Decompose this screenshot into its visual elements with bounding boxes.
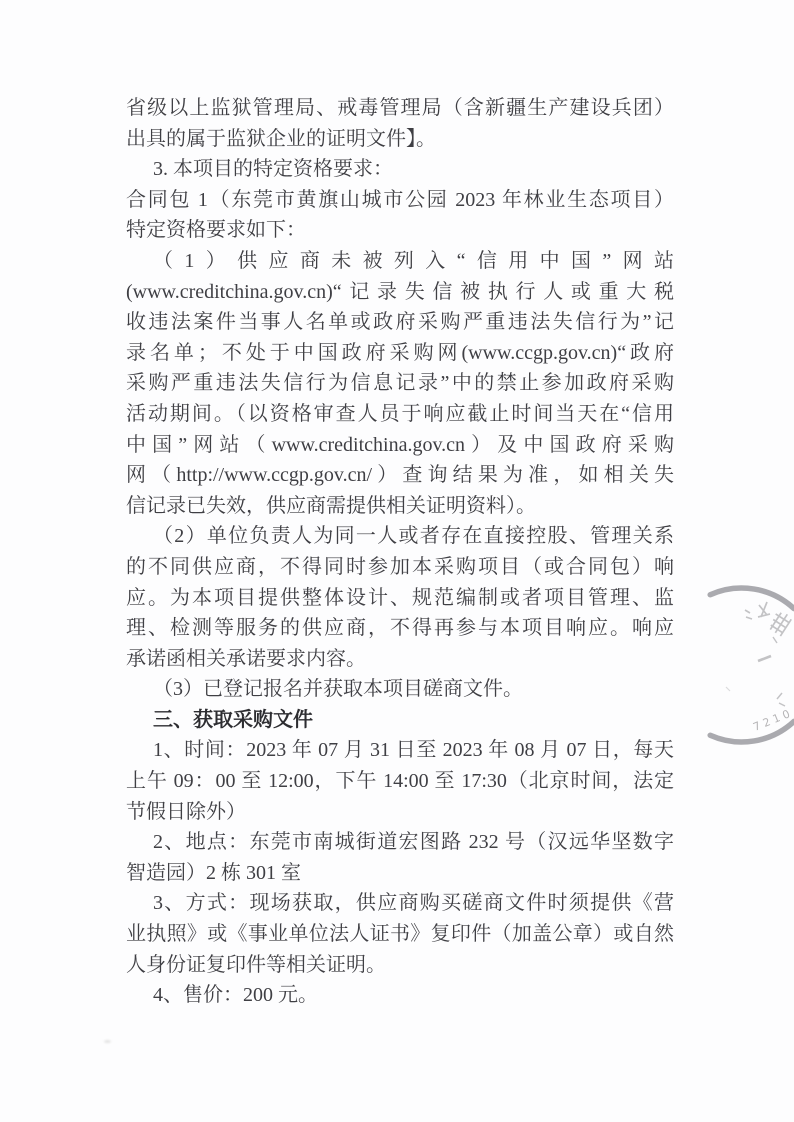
text-line: （2）单位负责人为同一人或者存在直接控股、管理关系 — [126, 521, 674, 552]
text-line: 4、售价：200 元。 — [126, 980, 674, 1011]
scan-speck — [104, 1040, 111, 1043]
official-seal-stamp: 7210 — [655, 575, 794, 761]
text-line: 出具的属于监狱企业的证明文件】。 — [126, 124, 674, 155]
text-line: 中国”网站（www.creditchina.gov.cn）及中国政府采购 — [126, 430, 674, 461]
text-line: 理、检测等服务的供应商，不得再参与本项目响应。响应 — [126, 613, 674, 644]
text-line: 智造园）2 栋 301 室 — [126, 858, 674, 889]
text-line: 采购严重违法失信行为信息记录”中的禁止参加政府采购 — [126, 368, 674, 399]
text-line: 业执照》或《事业单位法人证书》复印件（加盖公章）或自然 — [126, 919, 674, 950]
text-line: 省级以上监狱管理局、戒毒管理局（含新疆生产建设兵团） — [126, 93, 674, 124]
seal-digits: 7210 — [751, 706, 794, 734]
text-line: 信记录已失效，供应商需提供相关证明资料）。 — [126, 491, 674, 522]
text-line: 节假日除外） — [126, 797, 674, 828]
text-line: 2、地点：东莞市南城街道宏图路 232 号（汉远华坚数字 — [126, 827, 674, 858]
seal-glyph-fragments — [726, 602, 792, 706]
section-heading: 三、获取采购文件 — [126, 705, 674, 736]
text-line: 网（http://www.ccgp.gov.cn/）查询结果为准，如相关失 — [126, 460, 674, 491]
text-line: 合同包 1（东莞市黄旗山城市公园 2023 年林业生态项目） — [126, 185, 674, 216]
text-line: 应。为本项目提供整体设计、规范编制或者项目管理、监 — [126, 583, 674, 614]
text-line: 人身份证复印件等相关证明。 — [126, 950, 674, 981]
text-line: （1）供应商未被列入“信用中国”网站 — [126, 246, 674, 277]
seal-top-arc — [710, 588, 794, 609]
text-line: 特定资格要求如下： — [126, 215, 674, 246]
text-line: 录名单；不处于中国政府采购网(www.ccgp.gov.cn)“政府 — [126, 338, 674, 369]
text-line: 承诺函相关承诺要求内容。 — [126, 644, 674, 675]
text-line: （3）已登记报名并获取本项目磋商文件。 — [126, 674, 674, 705]
text-line: 3. 本项目的特定资格要求： — [126, 154, 674, 185]
text-line: 活动期间。（以资格审查人员于响应截止时间当天在“信用 — [126, 399, 674, 430]
document-page: 省级以上监狱管理局、戒毒管理局（含新疆生产建设兵团）出具的属于监狱企业的证明文件… — [0, 0, 794, 1122]
seal-bottom-arc — [710, 721, 794, 742]
text-line: 的不同供应商，不得同时参加本采购项目（或合同包）响 — [126, 552, 674, 583]
document-body: 省级以上监狱管理局、戒毒管理局（含新疆生产建设兵团）出具的属于监狱企业的证明文件… — [126, 93, 674, 1011]
text-line: 上午 09：00 至 12:00，下午 14:00 至 17:30（北京时间，法… — [126, 766, 674, 797]
text-line: 收违法案件当事人名单或政府采购严重违法失信行为”记 — [126, 307, 674, 338]
text-line: (www.creditchina.gov.cn)“记录失信被执行人或重大税 — [126, 277, 674, 308]
text-line: 1、时间：2023 年 07 月 31 日至 2023 年 08 月 07 日，… — [126, 735, 674, 766]
text-line: 3、方式：现场获取，供应商购买磋商文件时须提供《营 — [126, 888, 674, 919]
